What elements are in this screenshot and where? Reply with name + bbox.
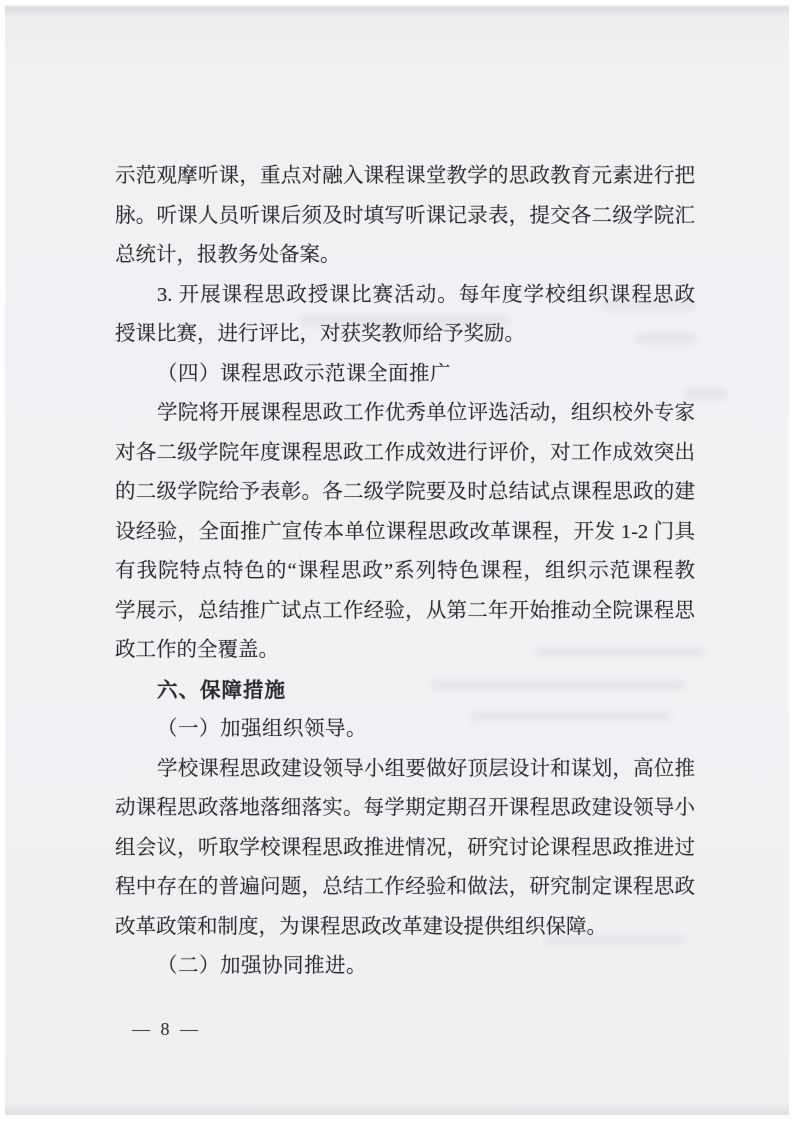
subsection-heading: （一）加强组织领导。 [115,710,695,750]
text-line: 组会议，听取学校课程思政推进情况，研究讨论课程思政推进过 [115,829,695,869]
section-heading: 六、保障措施 [115,671,695,711]
text-line: 政工作的全覆盖。 [115,631,695,671]
scan-edge-shadow-top [5,7,789,16]
document-page: 示范观摩听课，重点对融入课程课堂教学的思政教育元素进行把 脉。听课人员听课后须及… [5,5,789,1115]
text-line: 总统计，报教务处备案。 [115,236,695,276]
text-line: 有我院特点特色的“课程思政”系列特色课程，组织示范课程教 [115,552,695,592]
subsection-heading: （四）课程思政示范课全面推广 [115,355,695,395]
text-line: 对各二级学院年度课程思政工作成效进行评价，对工作成效突出 [115,434,695,474]
scan-edge-shadow-bottom [5,1103,789,1115]
text-line: 学校课程思政建设领导小组要做好顶层设计和谋划，高位推 [115,750,695,790]
scanned-document: 示范观摩听课，重点对融入课程课堂教学的思政教育元素进行把 脉。听课人员听课后须及… [0,0,794,1122]
text-line: 3. 开展课程思政授课比赛活动。每年度学校组织课程思政 [115,276,695,316]
text-line: 动课程思政落地落细落实。每学期定期召开课程思政建设领导小 [115,789,695,829]
text-line: 设经验，全面推广宣传本单位课程思政改革课程，开发 1-2 门具 [115,513,695,553]
text-line: 的二级学院给予表彰。各二级学院要及时总结试点课程思政的建 [115,473,695,513]
text-line: 学院将开展课程思政工作优秀单位评选活动，组织校外专家 [115,394,695,434]
document-body: 示范观摩听课，重点对融入课程课堂教学的思政教育元素进行把 脉。听课人员听课后须及… [115,157,695,987]
text-line: 脉。听课人员听课后须及时填写听课记录表，提交各二级学院汇 [115,197,695,237]
page-number: — 8 — [132,1019,201,1040]
text-line: 授课比赛，进行评比，对获奖教师给予奖励。 [115,315,695,355]
text-line: 程中存在的普遍问题，总结工作经验和做法，研究制定课程思政 [115,868,695,908]
subsection-heading: （二）加强协同推进。 [115,947,695,987]
text-line: 示范观摩听课，重点对融入课程课堂教学的思政教育元素进行把 [115,157,695,197]
text-line: 改革政策和制度，为课程思政改革建设提供组织保障。 [115,908,695,948]
text-line: 学展示，总结推广试点工作经验，从第二年开始推动全院课程思 [115,592,695,632]
